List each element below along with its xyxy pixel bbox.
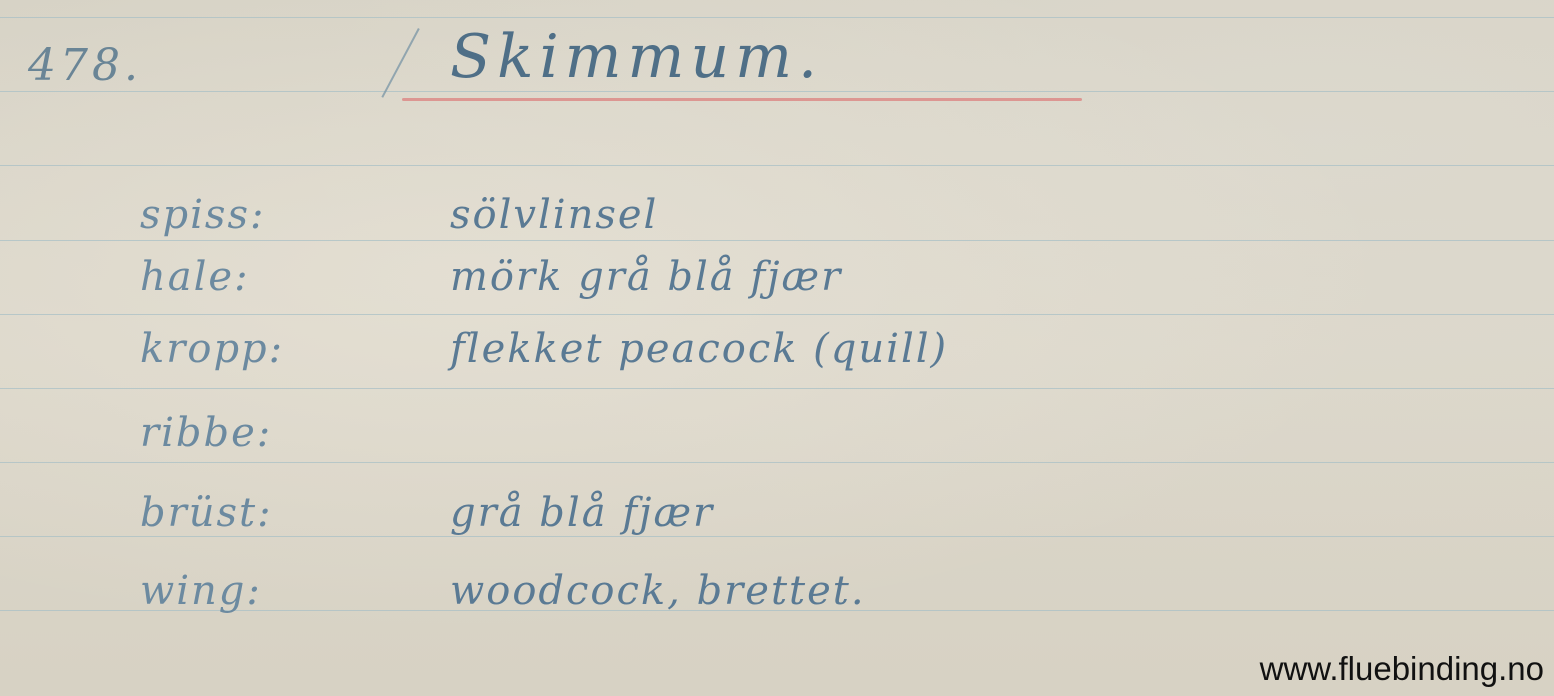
recipe-label-wing: wing:: [140, 568, 262, 614]
title-red-underline: [402, 98, 1082, 101]
recipe-label-body: kropp:: [140, 326, 284, 372]
ruled-line: [0, 388, 1554, 389]
recipe-value-wing: woodcock, brettet.: [450, 568, 866, 614]
recipe-value-tip: sölvlinsel: [450, 192, 658, 238]
recipe-value-tail: mörk grå blå fjær: [450, 254, 842, 300]
title-slash-stroke: [381, 28, 419, 98]
ruled-line: [0, 165, 1554, 166]
ruled-line: [0, 462, 1554, 463]
entry-number: 478.: [28, 40, 142, 91]
recipe-label-tail: hale:: [140, 254, 250, 300]
recipe-label-rib: ribbe:: [140, 410, 272, 456]
recipe-value-body: flekket peacock (quill): [450, 326, 948, 372]
recipe-label-hackle: brüst:: [140, 490, 273, 536]
ruled-line: [0, 536, 1554, 537]
notebook-page: 478. Skimmum. spiss: sölvlinsel hale: mö…: [0, 0, 1554, 696]
ruled-line: [0, 240, 1554, 241]
website-watermark: www.fluebinding.no: [1260, 650, 1544, 688]
recipe-label-tip: spiss:: [140, 192, 265, 238]
ruled-line: [0, 314, 1554, 315]
recipe-value-hackle: grå blå fjær: [450, 490, 714, 536]
fly-pattern-title: Skimmum.: [450, 22, 823, 92]
ruled-line: [0, 17, 1554, 18]
